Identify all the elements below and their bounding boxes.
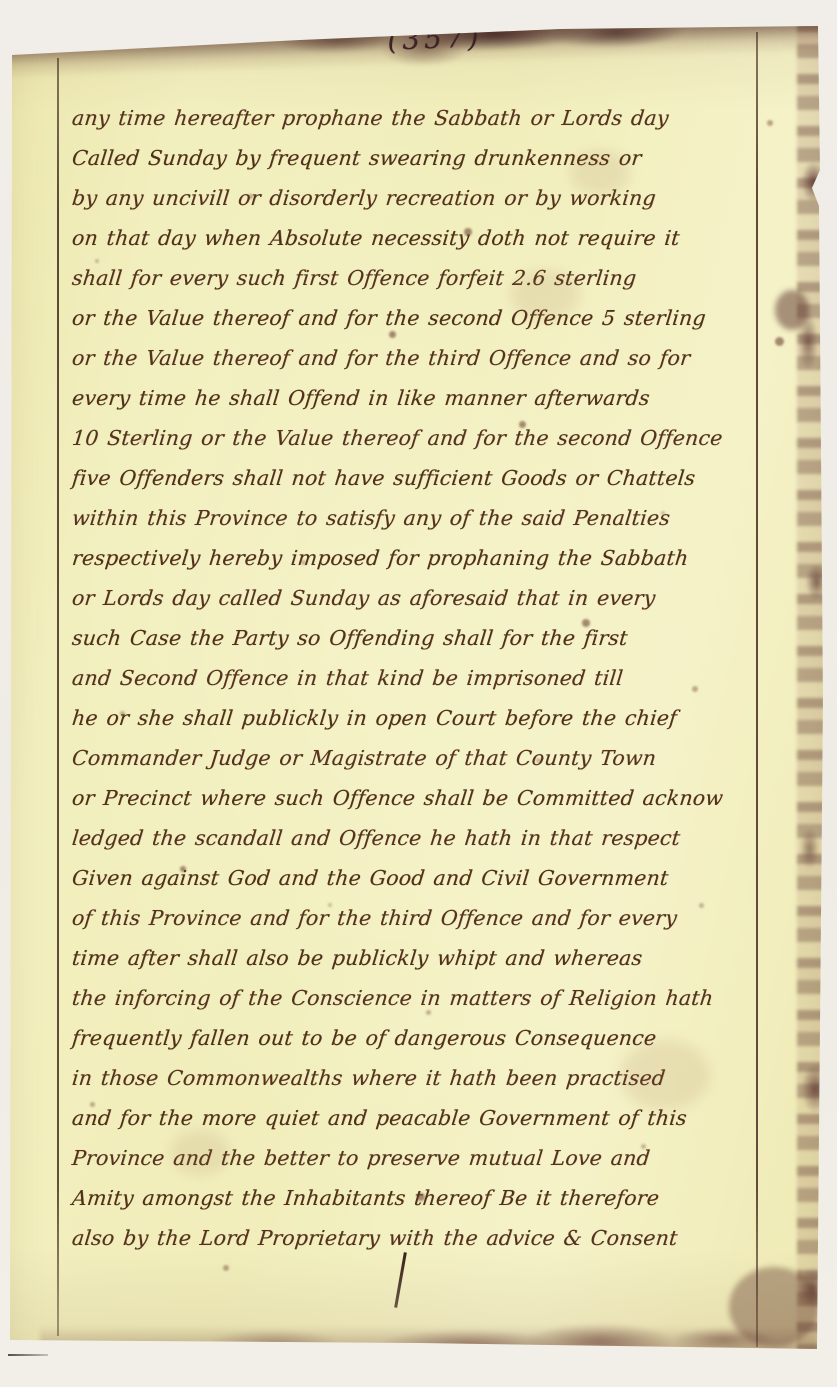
manuscript-line: time after shall also be publickly whipt… bbox=[70, 938, 748, 978]
scan-background: (357) any time hereafter prophane the Sa… bbox=[0, 0, 837, 1387]
manuscript-line: or the Value thereof and for the second … bbox=[70, 298, 748, 338]
manuscript-line: every time he shall Offend in like manne… bbox=[70, 378, 748, 418]
manuscript-line: of this Province and for the third Offen… bbox=[70, 898, 748, 938]
manuscript-line: also by the Lord Proprietary with the ad… bbox=[70, 1218, 748, 1258]
right-margin-rule bbox=[756, 32, 758, 1347]
manuscript-line: respectively hereby imposed for prophani… bbox=[70, 538, 748, 578]
manuscript-line: or the Value thereof and for the third O… bbox=[70, 338, 748, 378]
manuscript-line: five Offenders shall not have sufficient… bbox=[70, 458, 748, 498]
manuscript-line: he or she shall publickly in open Court … bbox=[70, 698, 748, 738]
manuscript-line: on that day when Absolute necessity doth… bbox=[70, 218, 748, 258]
manuscript-line: Commander Judge or Magistrate of that Co… bbox=[70, 738, 748, 778]
manuscript-line: ledged the scandall and Offence he hath … bbox=[70, 818, 748, 858]
manuscript-line: within this Province to satisfy any of t… bbox=[70, 498, 748, 538]
manuscript-line: Given against God and the Good and Civil… bbox=[70, 858, 748, 898]
left-margin-rule bbox=[57, 58, 59, 1336]
margin-dash-mark bbox=[8, 1354, 48, 1356]
manuscript-line: by any uncivill or disorderly recreation… bbox=[70, 178, 748, 218]
manuscript-line: or Lords day called Sunday as aforesaid … bbox=[70, 578, 748, 618]
manuscript-line: the inforcing of the Conscience in matte… bbox=[70, 978, 748, 1018]
manuscript-line: or Precinct where such Offence shall be … bbox=[70, 778, 748, 818]
manuscript-line: Amity amongst the Inhabitants thereof Be… bbox=[70, 1178, 748, 1218]
manuscript-line: Called Sunday by frequent swearing drunk… bbox=[70, 138, 748, 178]
manuscript-line: such Case the Party so Offending shall f… bbox=[70, 618, 748, 658]
manuscript-line: 10 Sterling or the Value thereof and for… bbox=[70, 418, 748, 458]
manuscript-line: any time hereafter prophane the Sabbath … bbox=[70, 98, 748, 138]
right-edge-stain bbox=[797, 22, 825, 1355]
corner-stain bbox=[729, 1267, 819, 1347]
edge-stain-blob bbox=[775, 290, 809, 330]
page-number: (357) bbox=[354, 19, 515, 58]
manuscript-page: (357) any time hereafter prophane the Sa… bbox=[0, 0, 837, 1387]
bottom-edge-stain bbox=[40, 1319, 817, 1353]
manuscript-line: and Second Offence in that kind be impri… bbox=[70, 658, 748, 698]
manuscript-line: shall for every such first Offence forfe… bbox=[70, 258, 748, 298]
